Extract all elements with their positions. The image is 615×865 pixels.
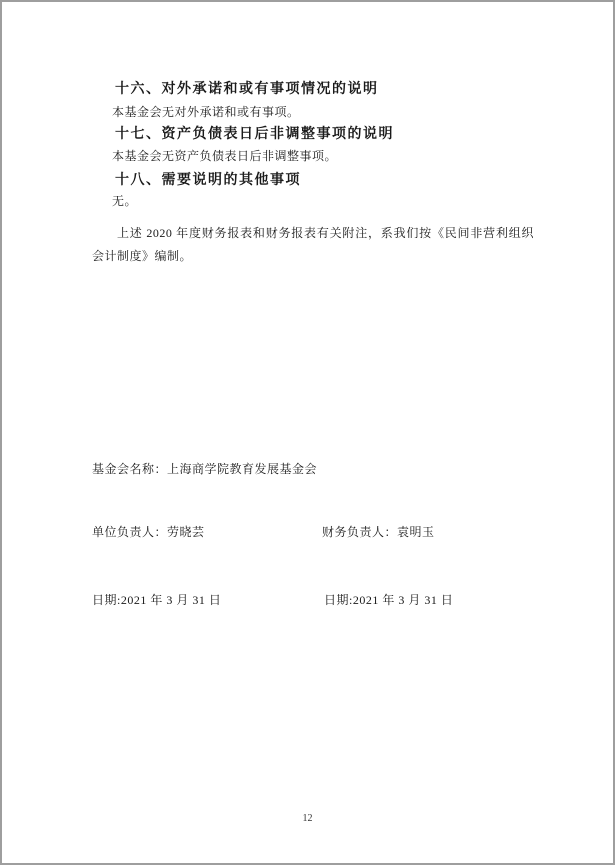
unit-head-line: 单位负责人：劳晓芸 (92, 523, 205, 540)
document-page: 十六、对外承诺和或有事项情况的说明 本基金会无对外承诺和或有事项。 十七、资产负… (0, 0, 615, 865)
finance-head-line: 财务负责人：袁明玉 (322, 523, 435, 540)
closing-paragraph: 上述 2020 年度财务报表和财务报表有关附注，系我们按《民间非营利组织会计制度… (92, 222, 534, 268)
section-18-body: 无。 (112, 192, 137, 209)
section-16-heading: 十六、对外承诺和或有事项情况的说明 (115, 78, 379, 98)
section-17-heading: 十七、资产负债表日后非调整事项的说明 (115, 123, 394, 143)
page-number: 12 (2, 813, 613, 824)
section-18-heading: 十八、需要说明的其他事项 (115, 169, 301, 189)
finance-date-line: 日期:2021 年 3 月 31 日 (324, 591, 453, 608)
foundation-name-line: 基金会名称：上海商学院教育发展基金会 (92, 460, 317, 477)
section-16-body: 本基金会无对外承诺和或有事项。 (112, 103, 300, 120)
unit-date-line: 日期:2021 年 3 月 31 日 (92, 591, 221, 608)
section-17-body: 本基金会无资产负债表日后非调整事项。 (112, 147, 337, 164)
